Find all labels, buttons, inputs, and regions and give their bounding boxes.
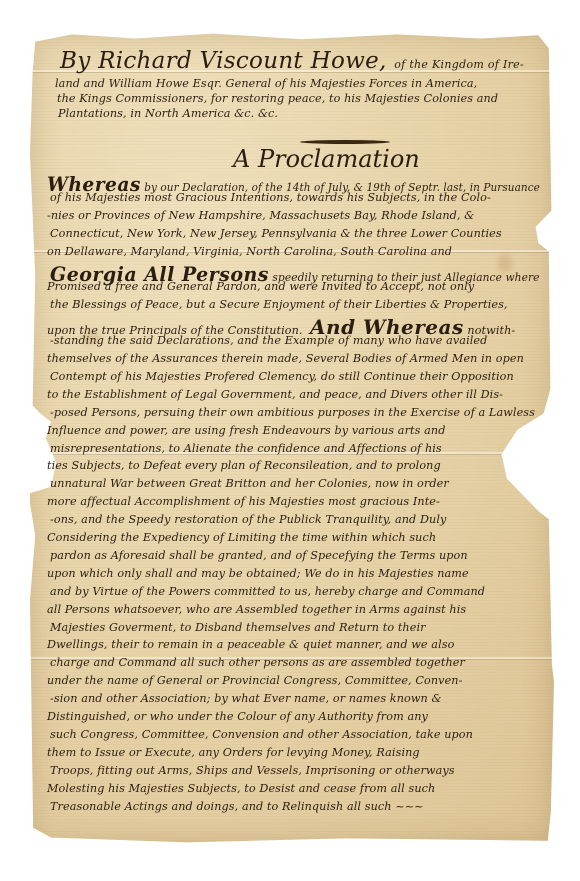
body-line: and by Virtue of the Powers committed to… — [50, 586, 485, 597]
body-line: upon which only shall and may be obtaine… — [47, 568, 469, 579]
body-line: more affectual Accomplishment of his Maj… — [47, 496, 440, 507]
body-line: Contempt of his Majesties Profered Cleme… — [50, 371, 514, 382]
body-line: Considering the Expediency of Limiting t… — [47, 532, 436, 543]
body-line-text: Distinguished, or who under the Colour o… — [47, 710, 428, 723]
body-line-text: Influence and power, are using fresh End… — [47, 424, 445, 437]
heading-line-3: the Kings Commissioners, for restoring p… — [57, 93, 498, 104]
body-line: Molesting his Majesties Subjects, to Des… — [47, 783, 435, 794]
body-line: pardon as Aforesaid shall be granted, an… — [50, 550, 468, 561]
body-line-text: all Persons whatsoever, who are Assemble… — [47, 603, 466, 616]
decorative-flourish — [300, 140, 390, 144]
body-line: Promised a free and General Pardon, and … — [47, 281, 474, 292]
body-line-text: pardon as Aforesaid shall be granted, an… — [50, 549, 468, 562]
heading-line-4: Plantations, in North America &c. &c. — [58, 108, 278, 119]
heading-line-1-tail: of the Kingdom of Ire- — [394, 58, 524, 71]
body-line-text: under the name of General or Provincial … — [47, 674, 463, 687]
body-line-text: -standing the said Declarations, and the… — [50, 334, 487, 347]
body-line-text: Dwellings, their to remain in a peaceabl… — [47, 638, 454, 651]
body-line: themselves of the Assurances therein mad… — [47, 353, 524, 364]
body-line-text: to the Establishment of Legal Government… — [47, 388, 503, 401]
body-line: -nies or Provinces of New Hampshire, Mas… — [47, 210, 474, 221]
body-line: under the name of General or Provincial … — [47, 675, 463, 686]
body-line-text: ties Subjects, to Defeat every plan of R… — [47, 459, 441, 472]
body-line: Majesties Goverment, to Disband themselv… — [50, 622, 426, 633]
body-line: -posed Persons, persuing their own ambit… — [50, 407, 535, 418]
body-line-text: Troops, fitting out Arms, Ships and Vess… — [50, 764, 455, 777]
body-line-text: Considering the Expediency of Limiting t… — [47, 531, 436, 544]
body-line: all Persons whatsoever, who are Assemble… — [47, 604, 466, 615]
body-line: -sion and other Association; by what Eve… — [50, 693, 442, 704]
body-line-text: Majesties Goverment, to Disband themselv… — [50, 621, 426, 634]
body-line-text: Contempt of his Majesties Profered Cleme… — [50, 370, 514, 383]
heading-name: By Richard Viscount Howe, — [60, 48, 387, 74]
body-line: -ons, and the Speedy restoration of the … — [50, 514, 446, 525]
body-line: unnatural War between Great Britton and … — [50, 478, 449, 489]
body-line-text: them to Issue or Execute, any Orders for… — [47, 746, 420, 759]
body-line-text: such Congress, Committee, Convension and… — [50, 728, 473, 741]
body-line: of his Majesties most Gracious Intention… — [50, 192, 491, 203]
body-line: charge and Command all such other person… — [50, 657, 465, 668]
body-line-text: -ons, and the Speedy restoration of the … — [50, 513, 446, 526]
body-line-text: -posed Persons, persuing their own ambit… — [50, 406, 535, 419]
body-line: Treasonable Actings and doings, and to R… — [50, 801, 424, 812]
body-line-text: charge and Command all such other person… — [50, 656, 465, 669]
body-line: them to Issue or Execute, any Orders for… — [47, 747, 420, 758]
body-line-text: upon which only shall and may be obtaine… — [47, 567, 469, 580]
body-line-text: Promised a free and General Pardon, and … — [47, 280, 474, 293]
body-line: misrepresentations, to Alienate the conf… — [50, 443, 442, 454]
body-line-text: the Blessings of Peace, but a Secure Enj… — [50, 298, 508, 311]
body-line: Distinguished, or who under the Colour o… — [47, 711, 428, 722]
heading-line-1: By Richard Viscount Howe, of the Kingdom… — [60, 50, 524, 73]
body-line-text: on Dellaware, Maryland, Virginia, North … — [47, 245, 452, 258]
body-line: the Blessings of Peace, but a Secure Enj… — [50, 299, 508, 310]
body-line: Connecticut, New York, New Jersey, Penns… — [50, 228, 502, 239]
body-line: -standing the said Declarations, and the… — [50, 335, 487, 346]
body-line-text: themselves of the Assurances therein mad… — [47, 352, 524, 365]
body-line: to the Establishment of Legal Government… — [47, 389, 503, 400]
body-line-text: misrepresentations, to Alienate the conf… — [50, 442, 442, 455]
body-line-text: of his Majesties most Gracious Intention… — [50, 191, 491, 204]
body-line-text: Treasonable Actings and doings, and to R… — [50, 800, 424, 813]
body-line-text: and by Virtue of the Powers committed to… — [50, 585, 485, 598]
body-line-text: more affectual Accomplishment of his Maj… — [47, 495, 440, 508]
body-line-text: Connecticut, New York, New Jersey, Penns… — [50, 227, 502, 240]
body-line: Influence and power, are using fresh End… — [47, 425, 445, 436]
document-title: A Proclamation — [233, 145, 420, 173]
heading-line-2: land and William Howe Esqr. General of h… — [55, 78, 477, 89]
body-line-text: Molesting his Majesties Subjects, to Des… — [47, 782, 435, 795]
body-line: such Congress, Committee, Convension and… — [50, 729, 473, 740]
body-line: on Dellaware, Maryland, Virginia, North … — [47, 246, 452, 257]
body-line: Dwellings, their to remain in a peaceabl… — [47, 639, 454, 650]
body-line-text: unnatural War between Great Britton and … — [50, 477, 449, 490]
body-line: ties Subjects, to Defeat every plan of R… — [47, 460, 441, 471]
body-line-text: -nies or Provinces of New Hampshire, Mas… — [47, 209, 474, 222]
body-line-text: -sion and other Association; by what Eve… — [50, 692, 442, 705]
body-line: Troops, fitting out Arms, Ships and Vess… — [50, 765, 455, 776]
